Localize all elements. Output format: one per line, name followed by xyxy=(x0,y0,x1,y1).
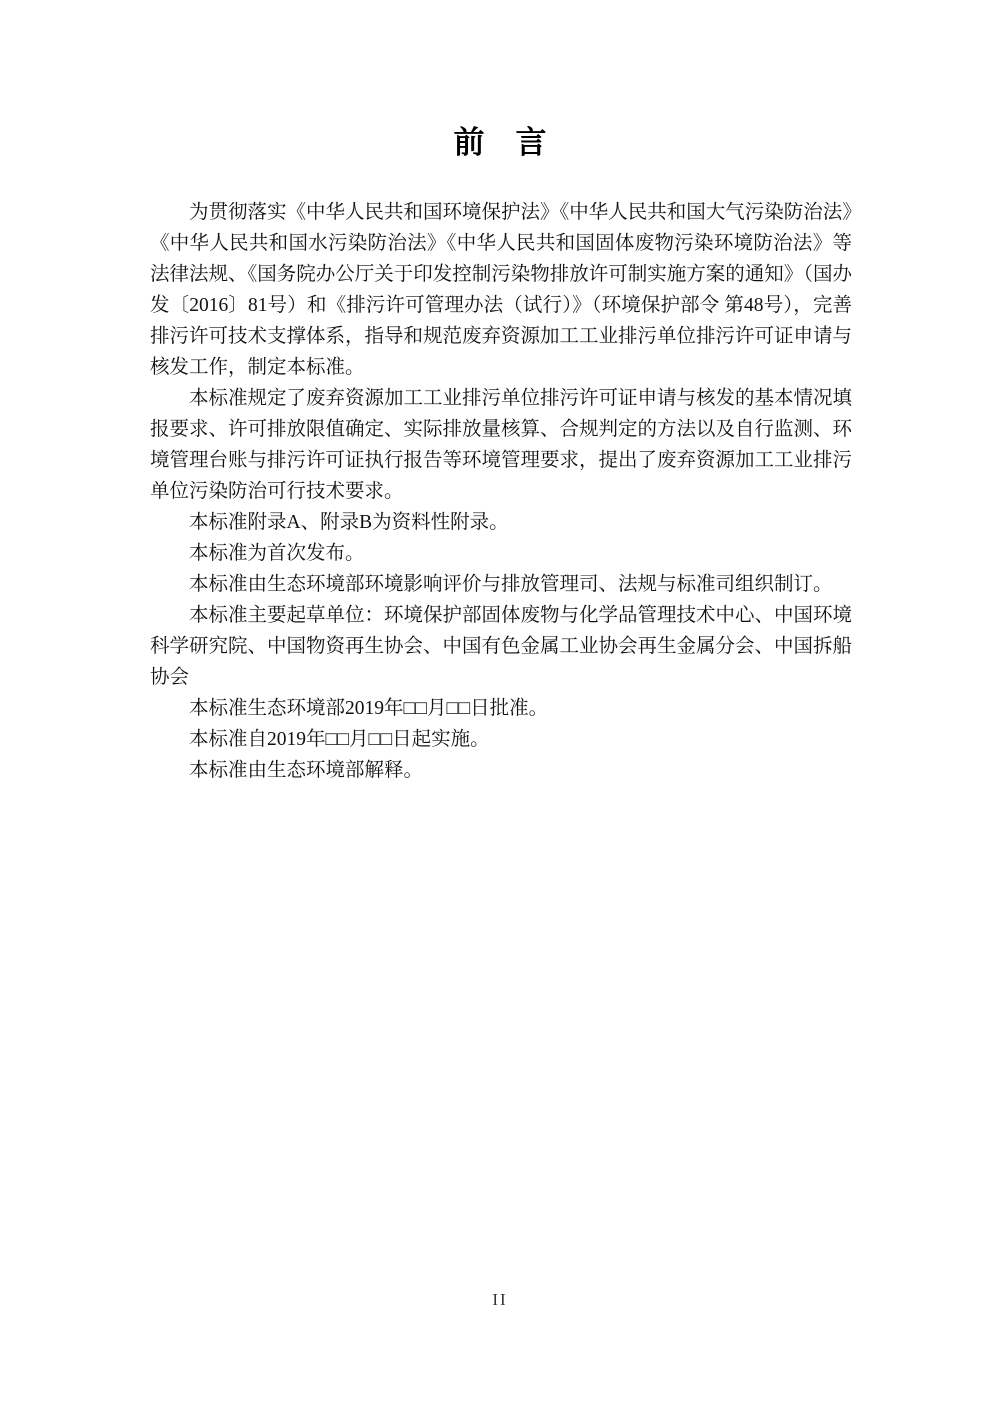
paragraph: 本标准自2019年□□月□□日起实施。 xyxy=(150,724,852,755)
document-body: 为贯彻落实《中华人民共和国环境保护法》《中华人民共和国大气污染防治法》《中华人民… xyxy=(150,197,852,786)
document-page: 前 言 为贯彻落实《中华人民共和国环境保护法》《中华人民共和国大气污染防治法》《… xyxy=(0,0,1000,1414)
paragraph: 为贯彻落实《中华人民共和国环境保护法》《中华人民共和国大气污染防治法》《中华人民… xyxy=(150,197,852,383)
paragraph: 本标准由生态环境部解释。 xyxy=(150,755,852,786)
page-number: II xyxy=(0,1290,1000,1310)
page-title: 前 言 xyxy=(0,121,1000,165)
paragraph: 本标准由生态环境部环境影响评价与排放管理司、法规与标准司组织制订。 xyxy=(150,569,852,600)
paragraph: 本标准规定了废弃资源加工工业排污单位排污许可证申请与核发的基本情况填报要求、许可… xyxy=(150,383,852,507)
paragraph: 本标准附录A、附录B为资料性附录。 xyxy=(150,507,852,538)
paragraph: 本标准为首次发布。 xyxy=(150,538,852,569)
paragraph: 本标准主要起草单位：环境保护部固体废物与化学品管理技术中心、中国环境科学研究院、… xyxy=(150,600,852,693)
paragraph: 本标准生态环境部2019年□□月□□日批准。 xyxy=(150,693,852,724)
